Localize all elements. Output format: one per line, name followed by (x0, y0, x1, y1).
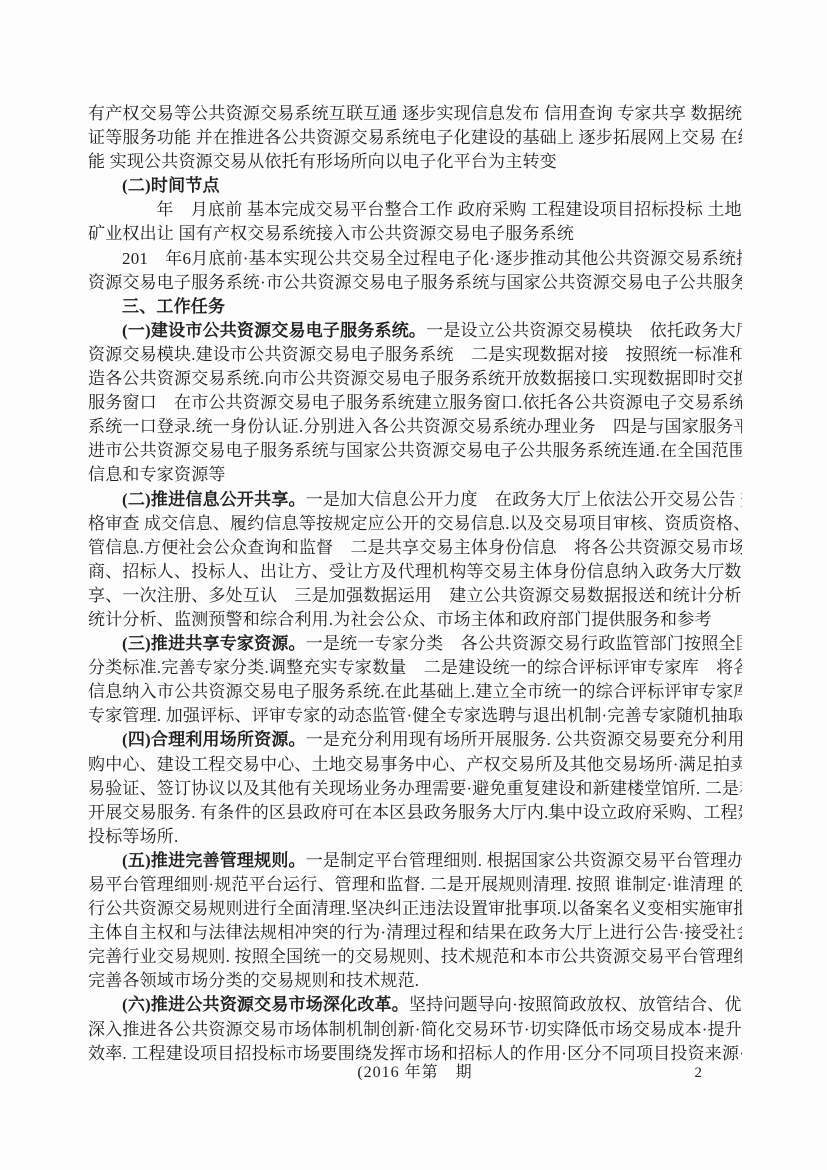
text-line: 信息和专家资源等 (88, 463, 742, 487)
text-segment: 专家管理. 加强评标、评审专家的动态监管·健全专家选聘与退出机制·完善专家随机抽… (88, 706, 742, 725)
text-line: 资源交易电子服务系统·市公共资源交易电子服务系统与国家公共资源交易电子公共服务系… (88, 271, 742, 295)
text-segment: 坚持问题导向·按照简政放权、放管结合、优化服务的要求· (409, 995, 742, 1014)
text-line: 进市公共资源交易电子服务系统与国家公共资源交易电子公共服务系统连通.在全国范围内… (88, 439, 742, 463)
text-segment: 进市公共资源交易电子服务系统与国家公共资源交易电子公共服务系统连通.在全国范围内… (88, 441, 742, 460)
paragraph-lead: (二)时间节点 (122, 176, 220, 195)
text-line: 证等服务功能 并在推进各公共资源交易系统电子化建设的基础上 逐步拓展网上交易 在… (88, 126, 742, 150)
text-segment: 完善各领域市场分类的交易规则和技术规范. (88, 971, 419, 990)
text-line: 商、招标人、投标人、出让方、受让方及代理机构等交易主体身份信息纳入政务大厅数据库… (88, 560, 742, 584)
text-segment: 矿业权出让 国有产权交易系统接入市公共资源交易电子服务系统 (88, 224, 574, 243)
paragraph-lead: (四)合理利用场所资源。 (122, 730, 306, 749)
text-segment: 统计分析、监测预警和综合利用.为社会公众、市场主体和政府部门提供服务和参考 (88, 610, 712, 629)
text-line: 资源交易模块.建设市公共资源交易电子服务系统 二是实现数据对接 按照统一标准和数… (88, 343, 742, 367)
text-segment: 服务窗口 在市公共资源交易电子服务系统建立服务窗口.依托各公共资源电子交易系统.… (88, 393, 742, 412)
text-line: 信息纳入市公共资源交易电子服务系统.在此基础上.建立全市统一的综合评标评审专家库… (88, 680, 742, 704)
text-line: 易平台管理细则·规范平台运行、管理和监督. 二是开展规则清理. 按照 谁制定·谁… (88, 873, 742, 897)
text-segment: 深入推进各公共资源交易市场体制机制创新·简化交易环节·切实降低市场交易成本·提升… (88, 1020, 742, 1039)
text-segment: 能 实现公共资源交易从依托有形场所向以电子化平台为主转变 (88, 152, 557, 171)
text-line: (二)推进信息公开共享。一是加大信息公开力度 在政务大厅上依法公开交易公告 变更… (88, 488, 742, 512)
text-line: 统计分析、监测预警和综合利用.为社会公众、市场主体和政府部门提供服务和参考 (88, 608, 742, 632)
text-segment: 分类标准.完善专家分类.调整充实专家数量 二是建设统一的综合评标评审专家库 将各… (88, 658, 742, 677)
text-segment: 购中心、建设工程交易中心、土地交易事务中心、产权交易所及其他交易场所·满足拍卖、… (88, 755, 742, 774)
text-segment: 一是制定平台管理细则. 根据国家公共资源交易平台管理办法·制定交 (306, 851, 742, 870)
text-segment: 一是加大信息公开力度 在政务大厅上依法公开交易公告 变更信息 资 (306, 490, 742, 509)
text-line: 完善行业交易规则. 按照全国统一的交易规则、技术规范和本市公共资源交易平台管理细… (88, 945, 742, 969)
text-segment: 易平台管理细则·规范平台运行、管理和监督. 二是开展规则清理. 按照 谁制定·谁… (88, 875, 742, 894)
text-segment: 格审查 成交信息、履约信息等按规定应公开的交易信息.以及交易项目审核、资质资格、… (88, 514, 742, 533)
text-segment: 投标等场所. (88, 827, 178, 846)
text-segment: 造各公共资源交易系统.向市公共资源交易电子服务系统开放数据接口.实现数据即时交换… (88, 369, 742, 388)
text-segment: 效率. 工程建设项目招投标市场要围绕发挥市场和招标人的作用·区分不同项目投资来源… (88, 1044, 742, 1063)
paragraph-lead: 三、工作任务 (122, 297, 225, 316)
text-line: 能 实现公共资源交易从依托有形场所向以电子化平台为主转变 (88, 150, 742, 174)
text-line: (六)推进公共资源交易市场深化改革。坚持问题导向·按照简政放权、放管结合、优化服… (88, 993, 742, 1017)
text-line: 分类标准.完善专家分类.调整充实专家数量 二是建设统一的综合评标评审专家库 将各… (88, 656, 742, 680)
text-line: 三、工作任务 (88, 295, 742, 319)
footer-page-number: 2 (695, 1062, 703, 1084)
text-segment: 一是统一专家分类 各公共资源交易行政监管部门按照全国统一的专业 (306, 634, 742, 653)
paragraph-lead: (五)推进完善管理规则。 (122, 851, 306, 870)
paragraph-lead: (二)推进信息公开共享。 (122, 490, 306, 509)
text-line: (五)推进完善管理规则。一是制定平台管理细则. 根据国家公共资源交易平台管理办法… (88, 849, 742, 873)
text-segment: 资源交易模块.建设市公共资源交易电子服务系统 二是实现数据对接 按照统一标准和数… (88, 345, 742, 364)
text-line: 专家管理. 加强评标、评审专家的动态监管·健全专家选聘与退出机制·完善专家随机抽… (88, 704, 742, 728)
text-segment: 商、招标人、投标人、出让方、受让方及代理机构等交易主体身份信息纳入政务大厅数据库… (88, 562, 742, 581)
paragraph-lead: (一)建设市公共资源交易电子服务系统。 (122, 321, 426, 340)
text-line: 易验证、签订协议以及其他有关现场业务办理需要·避免重复建设和新建楼堂馆所. 二是… (88, 777, 742, 801)
text-line: (四)合理利用场所资源。一是充分利用现有场所开展服务. 公共资源交易要充分利用现… (88, 728, 742, 752)
text-line: 造各公共资源交易系统.向市公共资源交易电子服务系统开放数据接口.实现数据即时交换… (88, 367, 742, 391)
text-line: 享、一次注册、多处互认 三是加强数据运用 建立公共资源交易数据报送和统计分析制度… (88, 584, 742, 608)
footer-journal-issue: (2016 年第 期 (88, 1062, 742, 1084)
text-segment: 开展交易服务. 有条件的区县政府可在本区县政务服务大厅内.集中设立政府采购、工程… (88, 803, 742, 822)
text-segment: 信息和专家资源等 (88, 465, 226, 484)
text-line: 年 月底前 基本完成交易平台整合工作 政府采购 工程建设项目招标投标 土地使用权… (88, 198, 742, 222)
text-line: 购中心、建设工程交易中心、土地交易事务中心、产权交易所及其他交易场所·满足拍卖、… (88, 753, 742, 777)
paragraph-lead: (三)推进共享专家资源。 (122, 634, 306, 653)
text-line: (二)时间节点 (88, 174, 742, 198)
text-segment: 信息纳入市公共资源交易电子服务系统.在此基础上.建立全市统一的综合评标评审专家库… (88, 682, 742, 701)
text-segment: 证等服务功能 并在推进各公共资源交易系统电子化建设的基础上 逐步拓展网上交易 在… (88, 128, 742, 147)
text-segment: 完善行业交易规则. 按照全国统一的交易规则、技术规范和本市公共资源交易平台管理细… (88, 947, 742, 966)
text-line: 矿业权出让 国有产权交易系统接入市公共资源交易电子服务系统 (88, 222, 742, 246)
text-line: 有产权交易等公共资源交易系统互联互通 逐步实现信息发布 信用查询 专家共享 数据… (88, 102, 742, 126)
text-segment: 有产权交易等公共资源交易系统互联互通 逐步实现信息发布 信用查询 专家共享 数据… (88, 104, 742, 123)
text-segment: 行公共资源交易规则进行全面清理.坚决纠正违法设置审批事项.以备案名义变相实施审批… (88, 899, 742, 918)
text-line: 201 年6月底前·基本实现公共交易全过程电子化·逐步推动其他公共资源交易系统接… (88, 247, 742, 271)
page-footer: (2016 年第 期 2 (88, 1062, 742, 1084)
text-segment: 资源交易电子服务系统·市公共资源交易电子服务系统与国家公共资源交易电子公共服务系… (88, 273, 742, 292)
text-segment: 享、一次注册、多处互认 三是加强数据运用 建立公共资源交易数据报送和统计分析制度… (88, 586, 742, 605)
text-line: 行公共资源交易规则进行全面清理.坚决纠正违法设置审批事项.以备案名义变相实施审批… (88, 897, 742, 921)
text-segment: 管信息.方便社会公众查询和监督 二是共享交易主体身份信息 将各公共资源交易市场已… (88, 538, 742, 557)
text-segment: 主体自主权和与法律法规相冲突的行为·清理过程和结果在政务大厅上进行公告·接受社会… (88, 923, 742, 942)
text-line: 开展交易服务. 有条件的区县政府可在本区县政务服务大厅内.集中设立政府采购、工程… (88, 801, 742, 825)
text-line: 服务窗口 在市公共资源交易电子服务系统建立服务窗口.依托各公共资源电子交易系统.… (88, 391, 742, 415)
text-line: 投标等场所. (88, 825, 742, 849)
document-body: 有产权交易等公共资源交易系统互联互通 逐步实现信息发布 信用查询 专家共享 数据… (88, 102, 742, 1066)
text-segment: 201 年6月底前·基本实现公共交易全过程电子化·逐步推动其他公共资源交易系统接… (122, 249, 742, 268)
text-line: 主体自主权和与法律法规相冲突的行为·清理过程和结果在政务大厅上进行公告·接受社会… (88, 921, 742, 945)
text-line: 深入推进各公共资源交易市场体制机制创新·简化交易环节·切实降低市场交易成本·提升… (88, 1018, 742, 1042)
text-segment: 年 月底前 基本完成交易平台整合工作 政府采购 工程建设项目招标投标 土地使用权… (122, 200, 742, 219)
text-line: 完善各领域市场分类的交易规则和技术规范. (88, 969, 742, 993)
text-line: 管信息.方便社会公众查询和监督 二是共享交易主体身份信息 将各公共资源交易市场已… (88, 536, 742, 560)
text-segment: 系统一口登录.统一身份认证.分别进入各公共资源交易系统办理业务 四是与国家服务平… (88, 417, 742, 436)
text-segment: 一是设立公共资源交易模块 依托政务大厅.增设公共 (426, 321, 742, 340)
paragraph-lead: (六)推进公共资源交易市场深化改革。 (122, 995, 409, 1014)
text-line: 格审查 成交信息、履约信息等按规定应公开的交易信息.以及交易项目审核、资质资格、… (88, 512, 742, 536)
scanned-document-page: 有产权交易等公共资源交易系统互联互通 逐步实现信息发布 信用查询 专家共享 数据… (0, 0, 827, 1170)
text-line: 系统一口登录.统一身份认证.分别进入各公共资源交易系统办理业务 四是与国家服务平… (88, 415, 742, 439)
text-segment: 易验证、签订协议以及其他有关现场业务办理需要·避免重复建设和新建楼堂馆所. 二是… (88, 779, 742, 798)
text-line: (一)建设市公共资源交易电子服务系统。一是设立公共资源交易模块 依托政务大厅.增… (88, 319, 742, 343)
text-line: (三)推进共享专家资源。一是统一专家分类 各公共资源交易行政监管部门按照全国统一… (88, 632, 742, 656)
text-segment: 一是充分利用现有场所开展服务. 公共资源交易要充分利用现有政府采 (306, 730, 742, 749)
